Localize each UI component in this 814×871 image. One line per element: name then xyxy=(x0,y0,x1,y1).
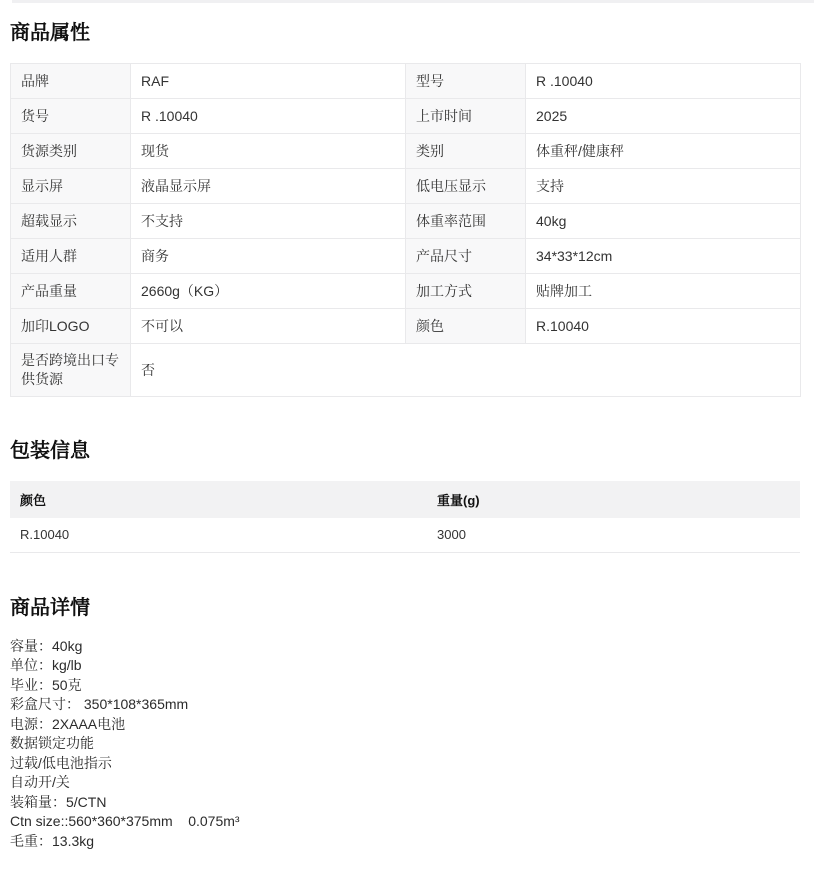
detail-line: 数据锁定功能 xyxy=(10,734,800,754)
attribute-value: 2025 xyxy=(526,99,801,134)
attribute-label: 上市时间 xyxy=(406,99,526,134)
attribute-value: RAF xyxy=(131,64,406,99)
attribute-value: 支持 xyxy=(526,169,801,204)
attribute-label: 加工方式 xyxy=(406,274,526,309)
attribute-row: 超载显示不支持体重率范围40kg xyxy=(11,204,801,239)
attribute-value: 现货 xyxy=(131,134,406,169)
product-details-text: 容量：40kg单位：kg/lb毕业：50克彩盒尺寸： 350*108*365mm… xyxy=(10,637,800,852)
attribute-row: 适用人群商务产品尺寸34*33*12cm xyxy=(11,239,801,274)
packaging-color-value: R.10040 xyxy=(10,518,427,552)
top-divider xyxy=(12,0,814,3)
attribute-label: 货源类别 xyxy=(11,134,131,169)
packaging-table: 颜色 重量(g) R.10040 3000 xyxy=(10,481,800,553)
page-content: 商品属性 品牌RAF型号R .10040货号R .10040上市时间2025货源… xyxy=(0,20,814,871)
detail-line: 容量：40kg xyxy=(10,637,800,657)
detail-line: 毕业：50克 xyxy=(10,676,800,696)
product-details-title: 商品详情 xyxy=(10,595,800,621)
packaging-header-row: 颜色 重量(g) xyxy=(10,481,800,518)
attribute-label: 产品尺寸 xyxy=(406,239,526,274)
detail-line: 装箱量：5/CTN xyxy=(10,793,800,813)
attribute-label: 货号 xyxy=(11,99,131,134)
attribute-value: 不可以 xyxy=(131,309,406,344)
attribute-label: 产品重量 xyxy=(11,274,131,309)
attribute-value: 34*33*12cm xyxy=(526,239,801,274)
packaging-weight-value: 3000 xyxy=(427,518,800,552)
attribute-label: 颜色 xyxy=(406,309,526,344)
packaging-column-color: 颜色 xyxy=(10,481,427,518)
attribute-label: 低电压显示 xyxy=(406,169,526,204)
attribute-label: 品牌 xyxy=(11,64,131,99)
detail-line: 彩盒尺寸： 350*108*365mm xyxy=(10,695,800,715)
detail-line: 单位：kg/lb xyxy=(10,656,800,676)
attribute-value: 液晶显示屏 xyxy=(131,169,406,204)
packaging-section: 包装信息 颜色 重量(g) R.10040 3000 xyxy=(10,438,800,553)
attribute-label: 类别 xyxy=(406,134,526,169)
detail-line: 毛重：13.3kg xyxy=(10,832,800,852)
attribute-row: 产品重量2660g（KG）加工方式贴牌加工 xyxy=(11,274,801,309)
attribute-label: 适用人群 xyxy=(11,239,131,274)
attribute-value: 体重秤/健康秤 xyxy=(526,134,801,169)
attribute-value: R.10040 xyxy=(526,309,801,344)
product-attributes-section: 商品属性 品牌RAF型号R .10040货号R .10040上市时间2025货源… xyxy=(10,20,800,397)
attribute-label: 显示屏 xyxy=(11,169,131,204)
attribute-row: 加印LOGO不可以颜色R.10040 xyxy=(11,309,801,344)
attribute-value: R .10040 xyxy=(526,64,801,99)
attribute-row-export-source: 是否跨境出口专供货源否 xyxy=(11,344,801,397)
product-details-section: 商品详情 容量：40kg单位：kg/lb毕业：50克彩盒尺寸： 350*108*… xyxy=(10,595,800,852)
attribute-row: 货号R .10040上市时间2025 xyxy=(11,99,801,134)
attribute-row: 品牌RAF型号R .10040 xyxy=(11,64,801,99)
attribute-label: 加印LOGO xyxy=(11,309,131,344)
packaging-column-weight: 重量(g) xyxy=(427,481,800,518)
attribute-value: 40kg xyxy=(526,204,801,239)
attribute-value: 商务 xyxy=(131,239,406,274)
detail-line: 电源：2XAAA电池 xyxy=(10,715,800,735)
product-attributes-title: 商品属性 xyxy=(10,20,800,46)
detail-line: Ctn size::560*360*375mm 0.075m³ xyxy=(10,812,800,832)
attribute-label: 超载显示 xyxy=(11,204,131,239)
attribute-label: 是否跨境出口专供货源 xyxy=(11,344,131,397)
attribute-row: 显示屏液晶显示屏低电压显示支持 xyxy=(11,169,801,204)
detail-line: 过载/低电池指示 xyxy=(10,754,800,774)
attribute-label: 型号 xyxy=(406,64,526,99)
attribute-value: 不支持 xyxy=(131,204,406,239)
attribute-value: 否 xyxy=(131,344,801,397)
packaging-title: 包装信息 xyxy=(10,438,800,464)
product-attributes-table: 品牌RAF型号R .10040货号R .10040上市时间2025货源类别现货类… xyxy=(10,63,801,397)
attribute-label: 体重率范围 xyxy=(406,204,526,239)
product-attributes-body: 品牌RAF型号R .10040货号R .10040上市时间2025货源类别现货类… xyxy=(11,64,801,397)
attribute-value: 2660g（KG） xyxy=(131,274,406,309)
attribute-value: R .10040 xyxy=(131,99,406,134)
packaging-data-row: R.10040 3000 xyxy=(10,518,800,552)
detail-line: 自动开/关 xyxy=(10,773,800,793)
attribute-row: 货源类别现货类别体重秤/健康秤 xyxy=(11,134,801,169)
attribute-value: 贴牌加工 xyxy=(526,274,801,309)
